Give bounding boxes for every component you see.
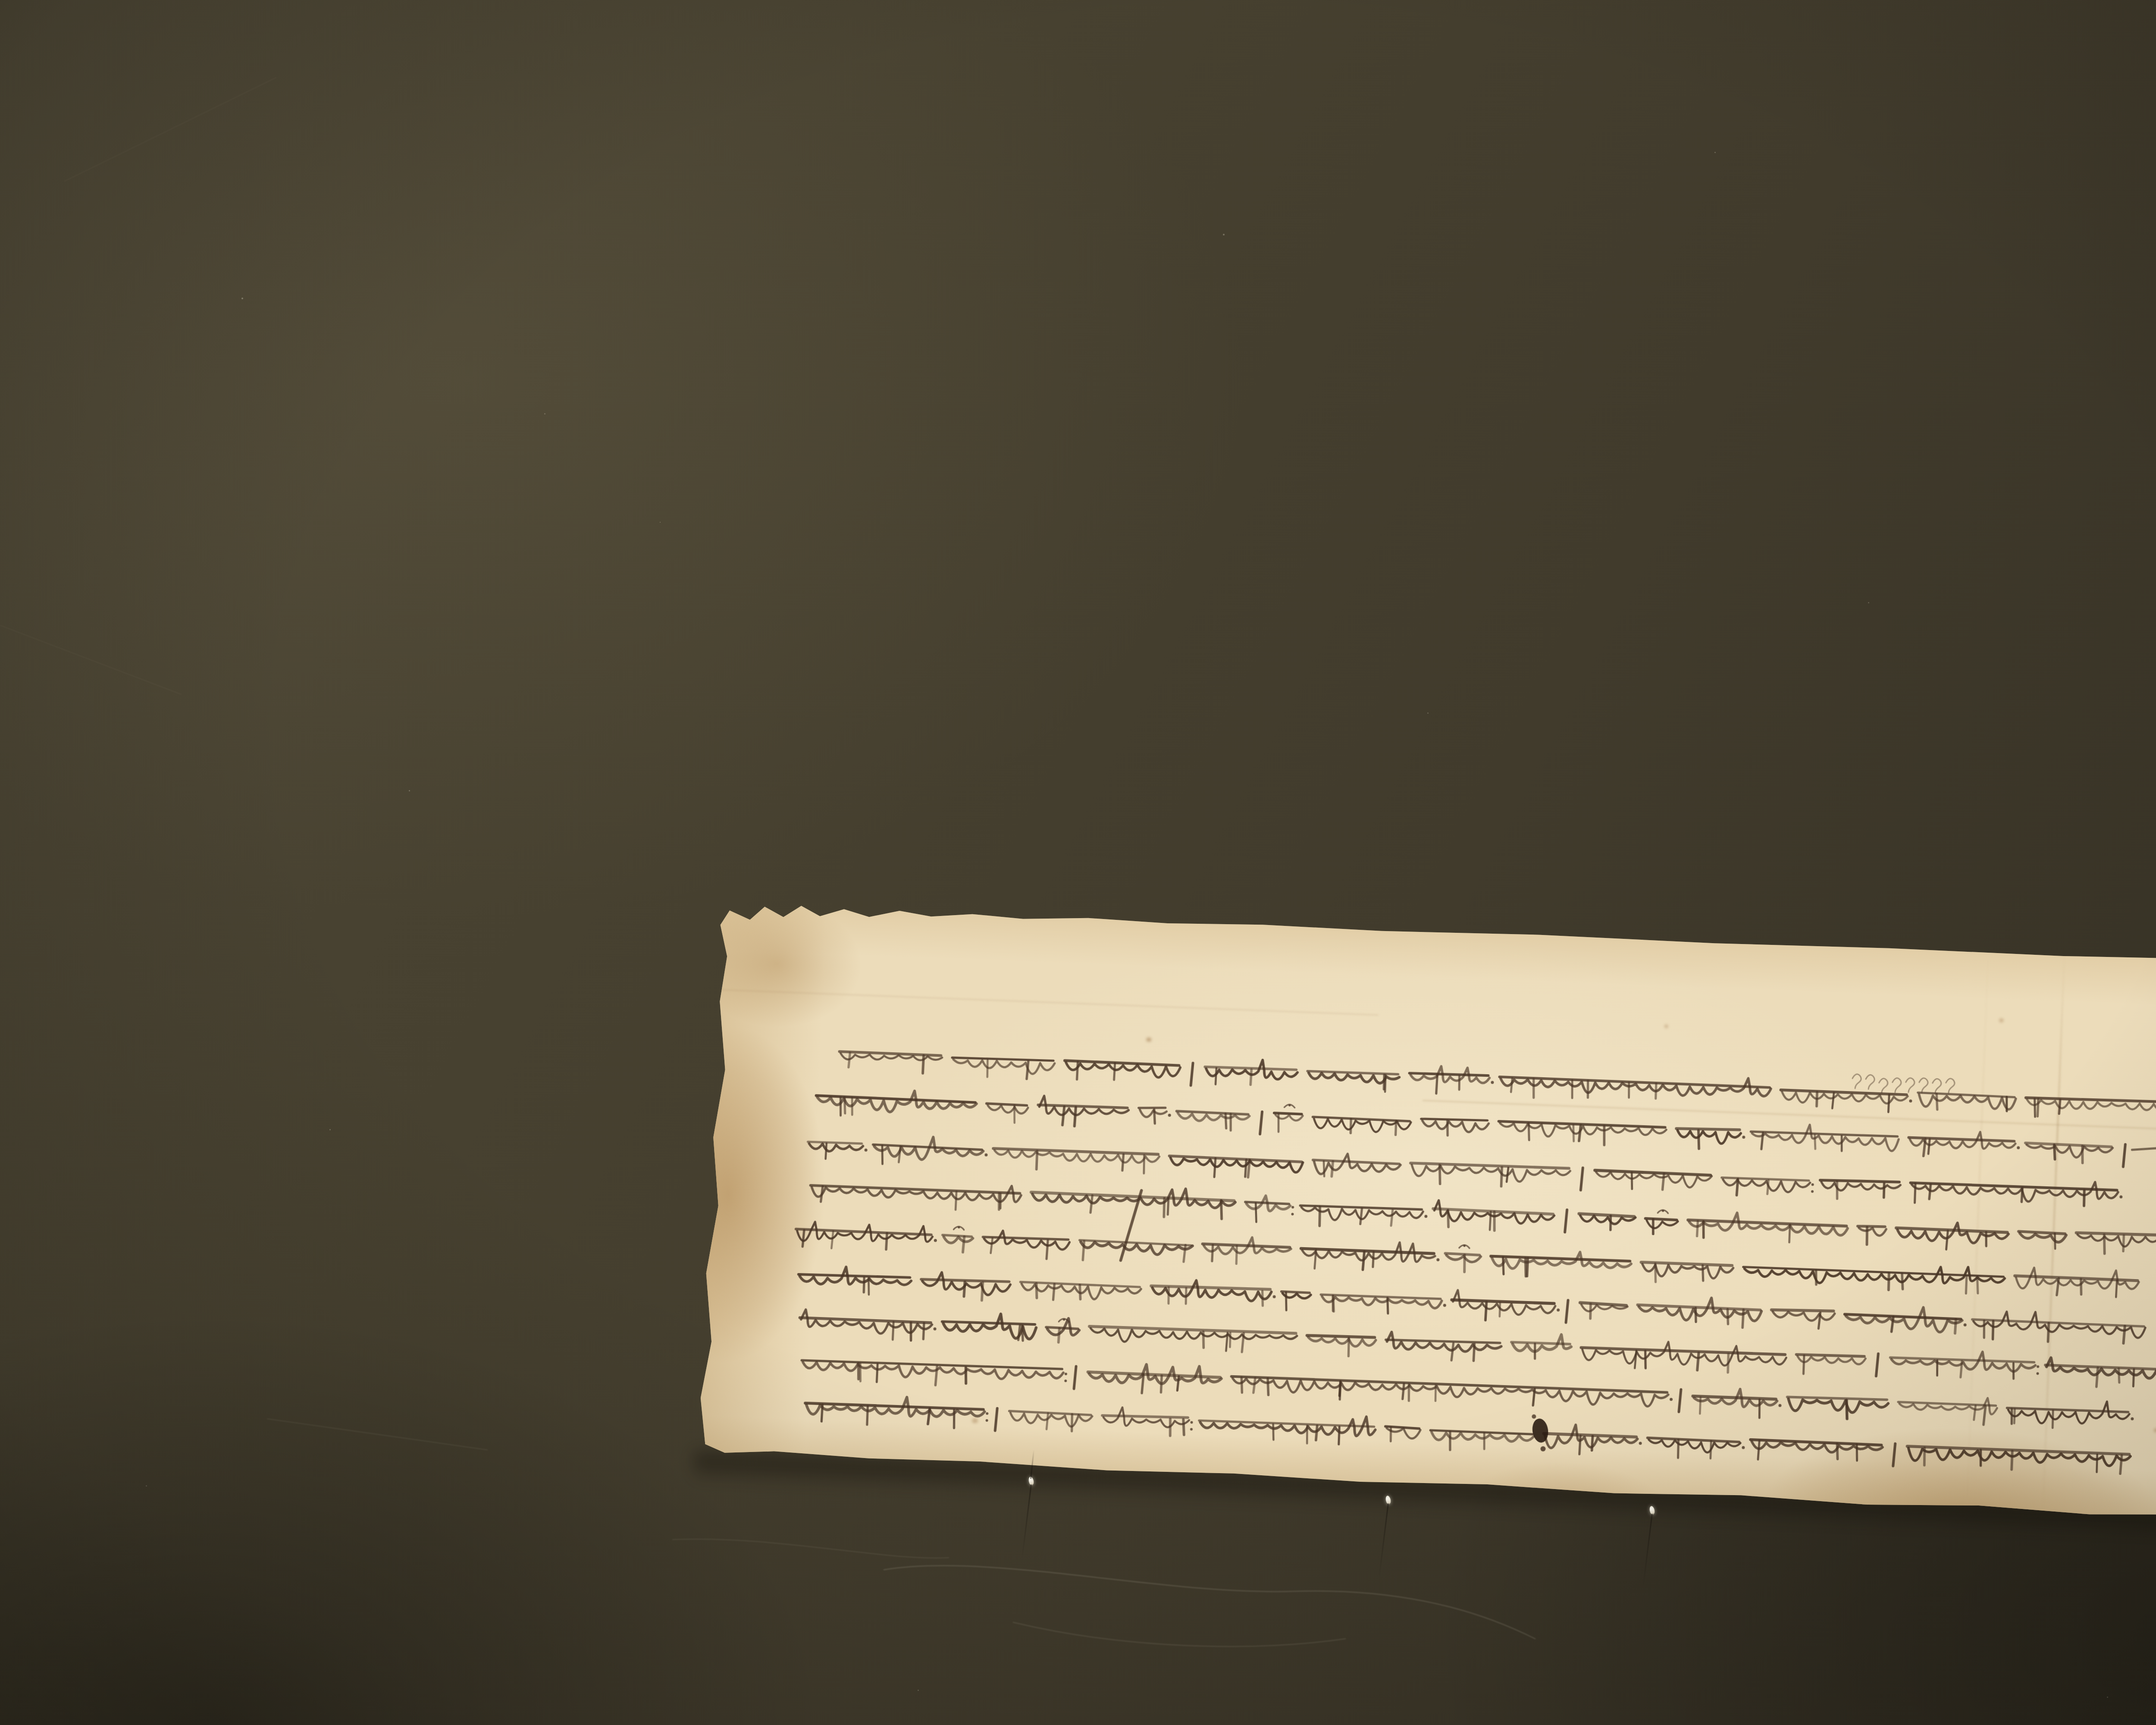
white-pin <box>1386 1496 1391 1505</box>
manuscript-photograph: ঋষন্তা দ্রবিনে নোদধাতু । ইত্তলে নেত্তর ব… <box>0 0 2156 1725</box>
dust-speck <box>544 413 545 414</box>
dust-speck <box>409 790 410 791</box>
dust-speck <box>1427 712 1429 714</box>
dust-speck <box>1714 152 1716 153</box>
photo-viewport: ঋষন্তা দ্রবিনে নোদধাতু । ইত্তলে নেত্তর ব… <box>0 0 2156 1725</box>
manuscript-line-8 <box>801 1351 2134 1432</box>
handwritten-ink-layer <box>694 899 2156 1527</box>
dust-speck <box>2107 1697 2108 1698</box>
dust-speck <box>918 1690 919 1691</box>
dust-speck <box>329 1129 331 1130</box>
dust-speck <box>146 1485 147 1487</box>
dust-speck <box>241 298 243 299</box>
manuscript-line-1 <box>839 1043 2156 1123</box>
dust-speck <box>1868 602 1869 603</box>
manuscript-line-2 <box>815 1086 2156 1169</box>
dust-speck <box>660 522 661 523</box>
manuscript-leaf <box>694 899 2156 1527</box>
dust-speck <box>1223 234 1225 235</box>
white-pin <box>1029 1477 1034 1486</box>
white-pin <box>1650 1506 1655 1515</box>
